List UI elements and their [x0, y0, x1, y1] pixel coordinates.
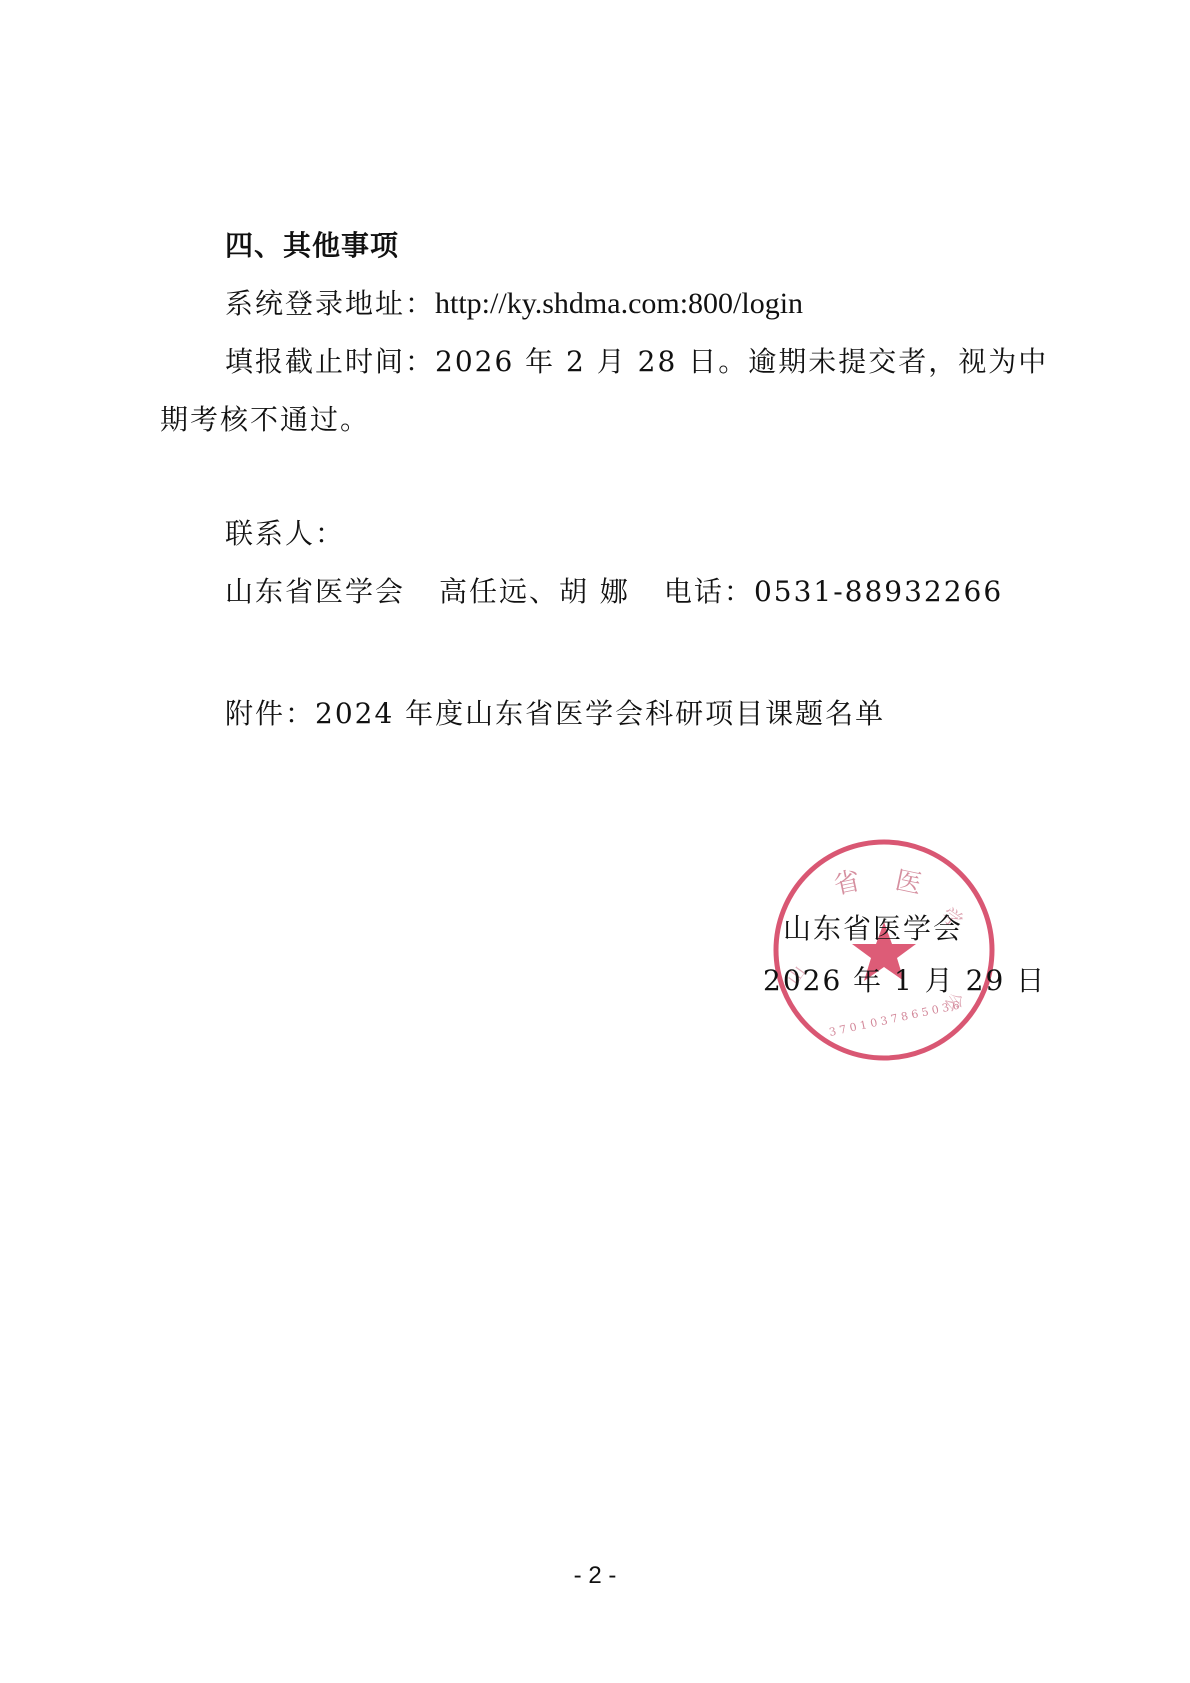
attachment-line: 附件：2024 年度山东省医学会科研项目课题名单	[225, 697, 885, 731]
contact-org: 山东省医学会	[225, 575, 405, 608]
contact-details-line: 山东省医学会高任远、胡 娜电话：0531-88932266	[225, 575, 1003, 609]
official-seal-stamp-icon: 省 医 学 山 会 3 7 0 1 0 3 7 8 6 5 0 3 6	[770, 836, 998, 1064]
deadline-line-continued: 期考核不通过。	[160, 403, 370, 437]
phone-number: 0531-88932266	[754, 575, 1003, 608]
deadline-line: 填报截止时间：2026 年 2 月 28 日。逾期未提交者，视为中	[225, 345, 1048, 379]
section-heading: 四、其他事项	[225, 229, 399, 263]
signature-org: 山东省医学会	[783, 912, 963, 946]
page-number: - 2 -	[0, 1562, 1190, 1590]
svg-text:医: 医	[893, 866, 925, 901]
login-address-line: 系统登录地址：http://ky.shdma.com:800/login	[225, 287, 803, 321]
phone-label: 电话：	[664, 575, 754, 608]
login-address-label: 系统登录地址：	[225, 287, 435, 320]
svg-text:3 7 0 1 0 3 7 8 6 5 0 3 6: 3 7 0 1 0 3 7 8 6 5 0 3 6	[828, 999, 961, 1039]
contact-names: 高任远、胡 娜	[439, 575, 630, 608]
svg-text:省: 省	[831, 866, 863, 901]
contact-label: 联系人：	[225, 517, 345, 551]
signature-date: 2026 年 1 月 29 日	[763, 964, 1046, 998]
login-url-link[interactable]: http://ky.shdma.com:800/login	[435, 287, 803, 320]
